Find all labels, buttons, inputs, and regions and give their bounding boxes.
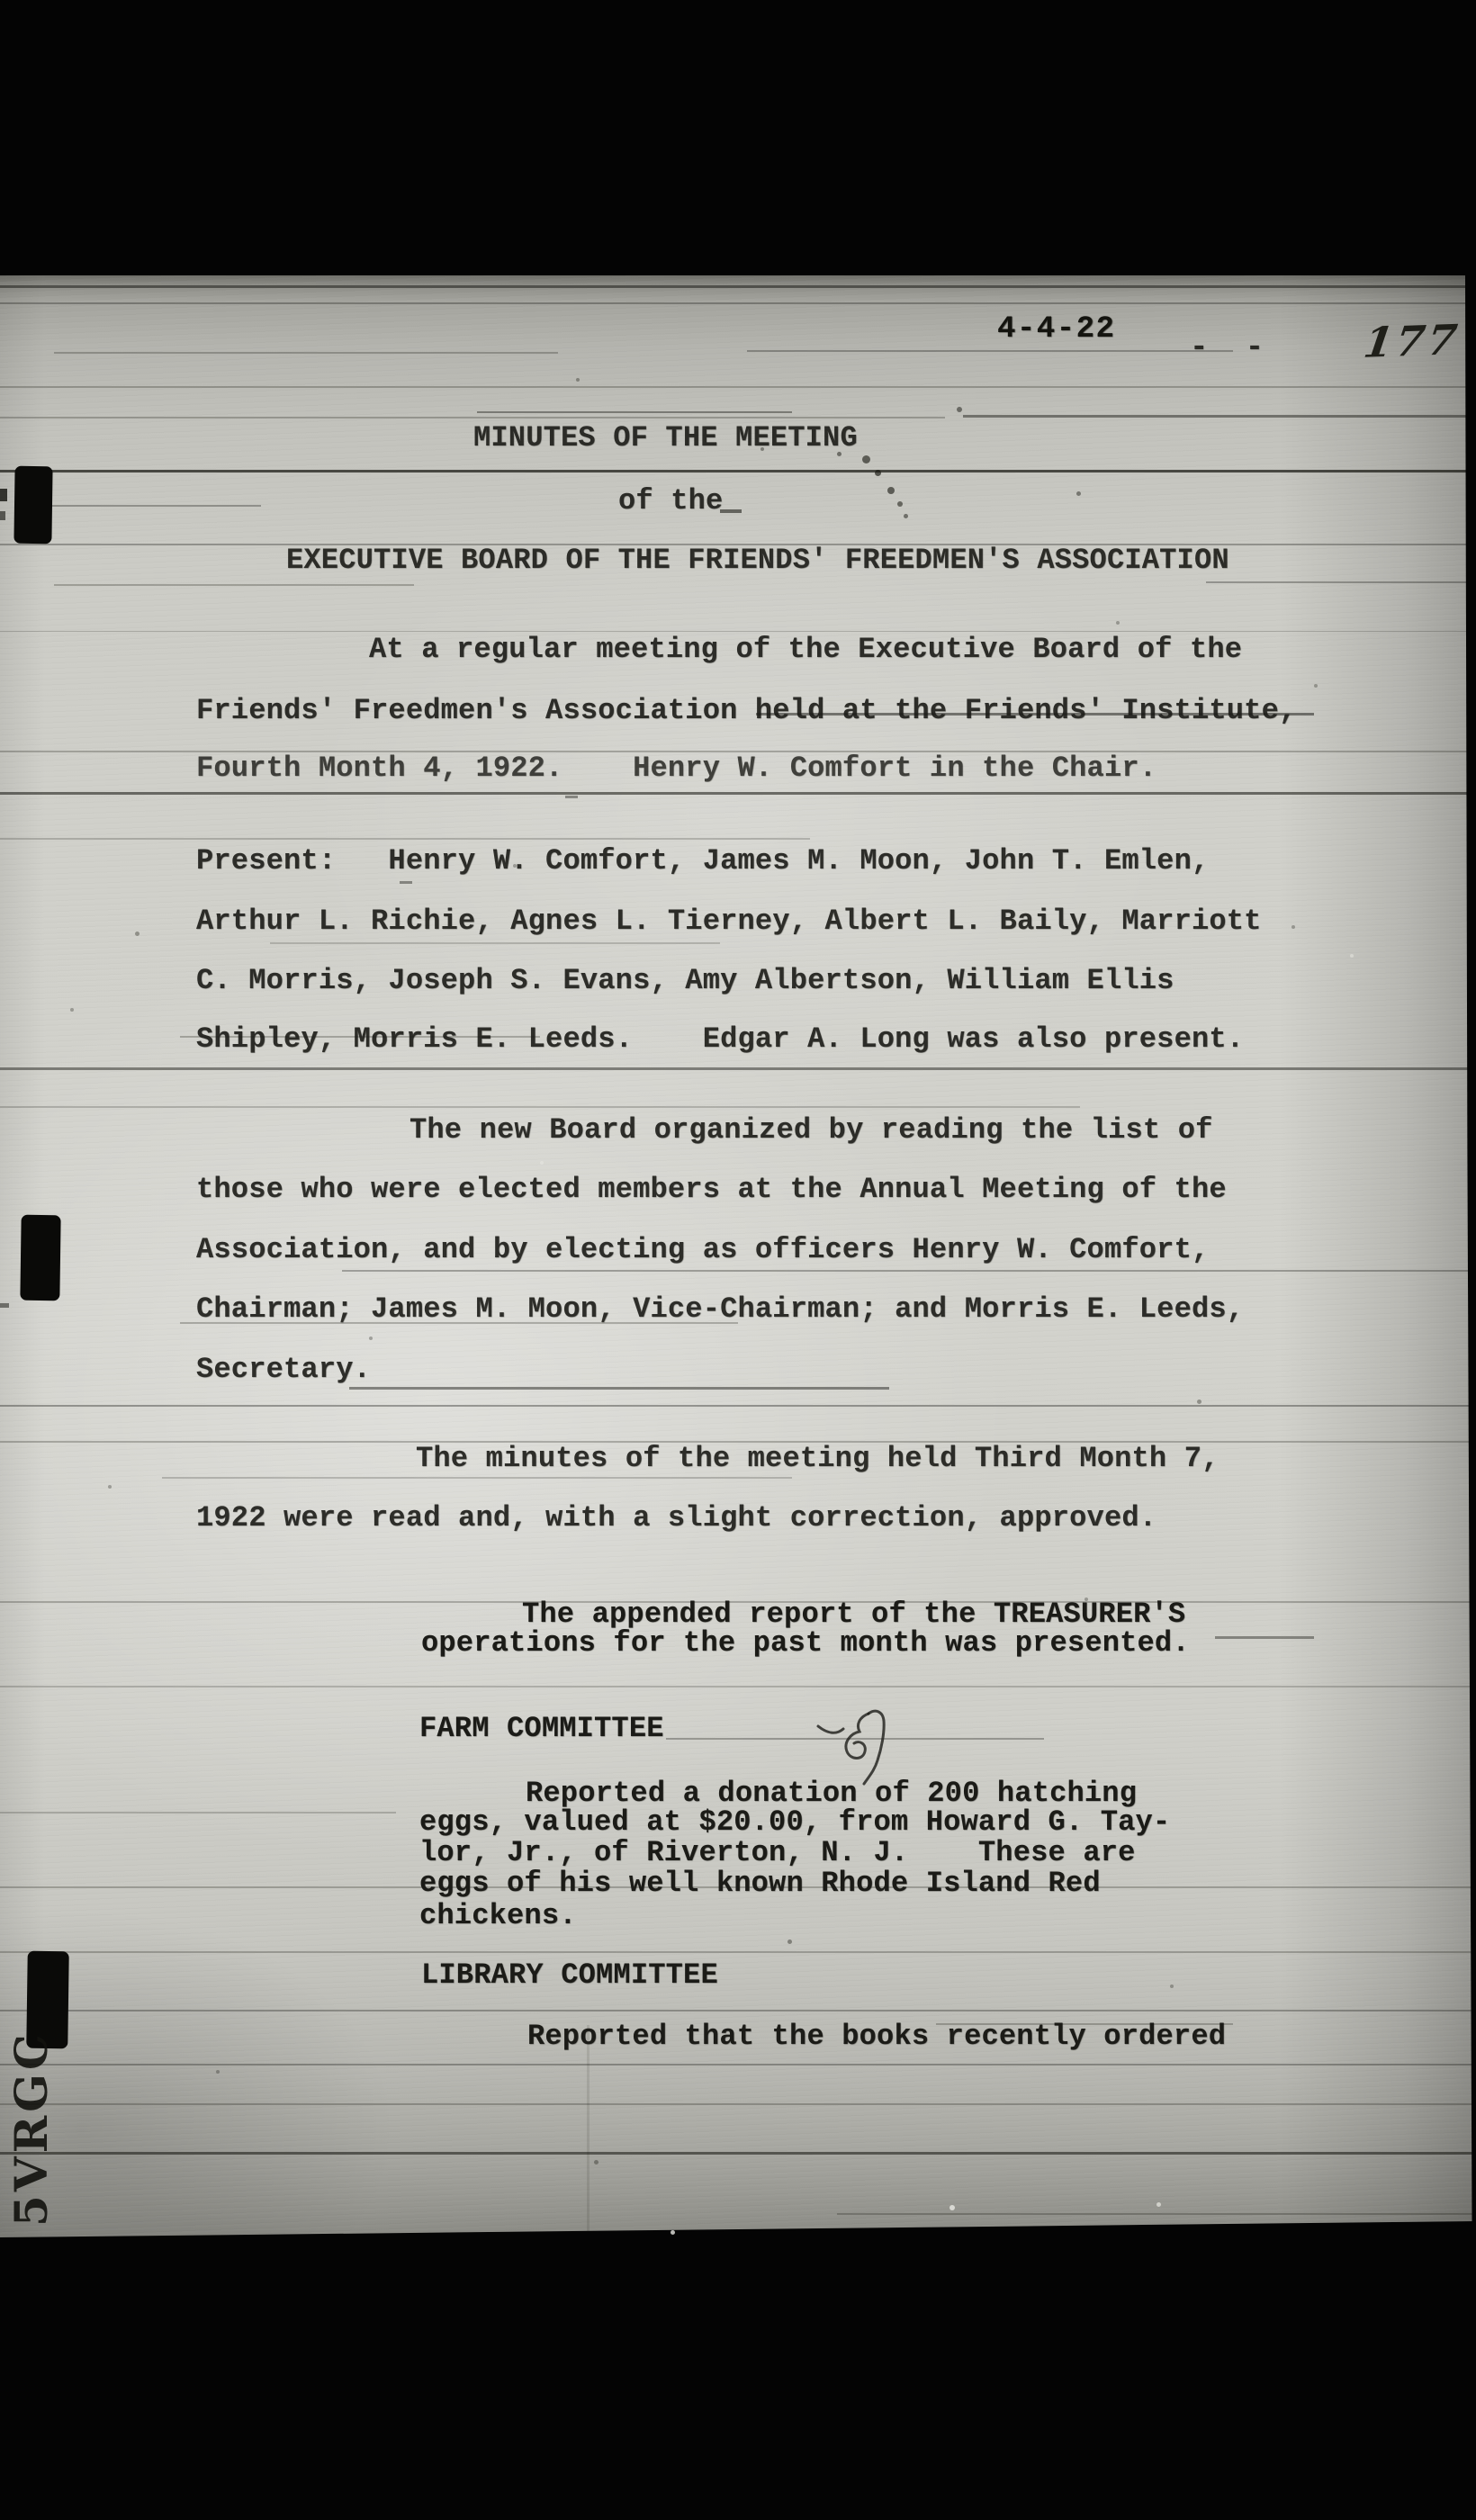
typewritten-line: Association, and by electing as officers… [196,1236,1209,1264]
scratch-artifact [963,415,1476,418]
ink-speck [1170,1984,1174,1988]
scratch-artifact [54,352,558,354]
ink-speck [369,1336,373,1340]
ink-speck [887,487,895,494]
typewritten-line: eggs of his well known Rhode Island Red [419,1869,1101,1898]
typewritten-line: C. Morris, Joseph S. Evans, Amy Albertso… [196,967,1174,995]
typewritten-line: Chairman; James M. Moon, Vice-Chairman; … [196,1295,1244,1324]
ink-speck [1116,621,1120,625]
scratch-artifact [0,302,1476,304]
typewritten-line: 1922 were read and, with a slight correc… [196,1504,1156,1533]
scratch-artifact [27,505,261,507]
typewritten-line: The appended report of the TREASURER'S [522,1600,1185,1629]
scratch-artifact [0,792,1476,795]
ink-speck [70,1008,74,1012]
typewritten-line: operations for the past month was presen… [421,1629,1190,1658]
ink-speck [1291,925,1295,929]
scratch-artifact [0,631,1476,632]
ink-speck [1156,2202,1161,2207]
scratch-artifact [837,2213,1476,2215]
scratch-artifact [0,285,1476,288]
scratch-artifact [400,881,412,884]
typewritten-line: Present: Henry W. Comfort, James M. Moon… [196,847,1209,876]
typewritten-line: The new Board organized by reading the l… [409,1116,1213,1145]
ink-speck [594,2160,598,2164]
scratch-artifact [0,1303,9,1308]
ink-speck [1197,1399,1201,1404]
typewritten-line: eggs, valued at $20.00, from Howard G. T… [419,1808,1170,1837]
ink-speck [1076,491,1081,496]
scratch-artifact [349,1387,889,1390]
typewritten-line: Friends' Freedmen's Association held at … [196,697,1296,725]
ink-speck [670,2230,675,2235]
ink-speck [108,1485,112,1489]
scratch-artifact [0,2103,1476,2105]
typewritten-line: The minutes of the meeting held Third Mo… [416,1444,1219,1473]
scratch-artifact [270,942,720,944]
redaction-blob [13,466,52,544]
typewritten-line: Reported that the books recently ordered [527,2022,1226,2051]
typewritten-line: lor, Jr., of Riverton, N. J. These are [419,1839,1136,1867]
scratch-artifact [0,386,1476,388]
scratch-artifact [342,1270,1476,1272]
scratch-artifact [0,1405,1476,1407]
typewritten-line: chickens. [419,1902,577,1930]
scratch-artifact [0,470,1476,472]
scratch-artifact [0,838,810,840]
ink-speck [540,1161,544,1165]
scratch-artifact [0,1067,1476,1070]
scratch-artifact [0,2010,1476,2011]
scratch-artifact [0,1686,1476,1687]
ink-speck [897,501,903,507]
handwritten-squiggle [813,1706,898,1796]
catalog-stamp: 5VRGC [9,2030,54,2227]
farm-committee-heading: FARM COMMITTEE [419,1714,664,1743]
handwritten-page-number: 177 [1361,319,1462,364]
typed-dashes: - - [1190,333,1264,364]
scratch-artifact [54,584,414,586]
ink-speck [949,2205,955,2210]
ink-speck [875,470,881,476]
scratch-artifact [720,509,742,513]
scratch-artifact [0,1106,1080,1108]
scratch-artifact [477,411,792,413]
ink-speck [862,455,870,463]
typewritten-line: Secretary. [196,1355,371,1384]
scratch-artifact [0,417,945,418]
scratch-artifact [1206,581,1476,583]
ink-speck [135,931,139,936]
scratch-artifact [0,1812,396,1813]
microfilm-scan: { "header": { "date": "4-4-22", "page_nu… [0,0,1476,2520]
scratch-artifact [0,489,7,501]
typewritten-line: Shipley, Morris E. Leeds. Edgar A. Long … [196,1025,1244,1054]
typewritten-line: Fourth Month 4, 1922. Henry W. Comfort i… [196,754,1156,783]
ink-speck [957,407,962,412]
scratch-artifact [0,2064,1476,2065]
scratch-artifact [587,2025,589,2232]
scratch-artifact [565,796,578,798]
title-line-1: MINUTES OF THE MEETING [473,424,858,453]
scratch-artifact [0,1951,1476,1953]
library-committee-heading: LIBRARY COMMITTEE [421,1961,718,1990]
scratch-artifact [1215,1636,1314,1639]
ink-speck [576,378,580,382]
scratch-artifact [0,511,5,520]
typed-date: 4-4-22 [997,314,1115,345]
redaction-blob [20,1215,60,1301]
ink-speck [1314,684,1318,688]
typewritten-line: Arthur L. Richie, Agnes L. Tierney, Albe… [196,907,1262,936]
scratch-artifact [747,350,1233,352]
ink-speck [216,2070,220,2074]
typewritten-line: At a regular meeting of the Executive Bo… [369,635,1242,664]
ink-speck [1350,954,1354,958]
scratch-artifact [162,1477,792,1479]
scratch-artifact [0,2152,1476,2155]
ink-speck [787,1939,792,1944]
ink-speck [904,514,908,518]
typewritten-line: those who were elected members at the An… [196,1175,1227,1204]
title-line-3: EXECUTIVE BOARD OF THE FRIENDS' FREEDMEN… [286,546,1229,575]
title-line-2: of the [618,487,723,516]
